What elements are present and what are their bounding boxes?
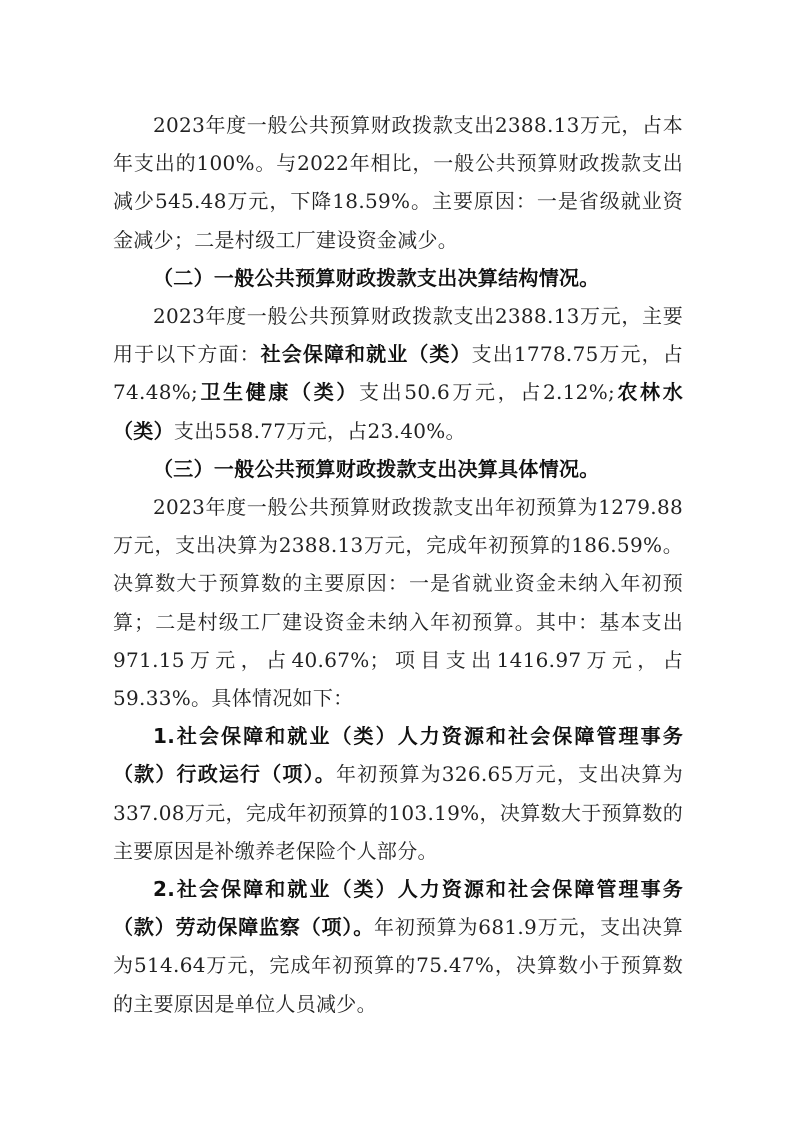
heading-structure: （二）一般公共预算财政拨款支出决算结构情况。 [113,259,683,297]
category-health-label: 卫生健康（类） [198,380,359,404]
category-social-security-label: 社会保障和就业（类） [261,342,472,366]
document-page: 2023年度一般公共预算财政拨款支出2388.13万元，占本年支出的100%。与… [113,106,683,1023]
category-health-text: 支出50.6万元，占2.12%; [359,380,615,404]
paragraph-expenditure-summary: 2023年度一般公共预算财政拨款支出2388.13万元，占本年支出的100%。与… [113,106,683,259]
item-administrative-operation: 1.社会保障和就业（类）人力资源和社会保障管理事务（款）行政运行（项）。年初预算… [113,717,683,870]
paragraph-details: 2023年度一般公共预算财政拨款支出年初预算为1279.88万元，支出决算为23… [113,488,683,717]
heading-details: （三）一般公共预算财政拨款支出决算具体情况。 [113,450,683,488]
category-agriculture-text: 支出558.77万元，占23.40%。 [174,419,466,443]
paragraph-structure: 2023年度一般公共预算财政拨款支出2388.13万元，主要用于以下方面：社会保… [113,297,683,450]
item-labor-inspection: 2.社会保障和就业（类）人力资源和社会保障管理事务（款）劳动保障监察（项）。年初… [113,870,683,1023]
